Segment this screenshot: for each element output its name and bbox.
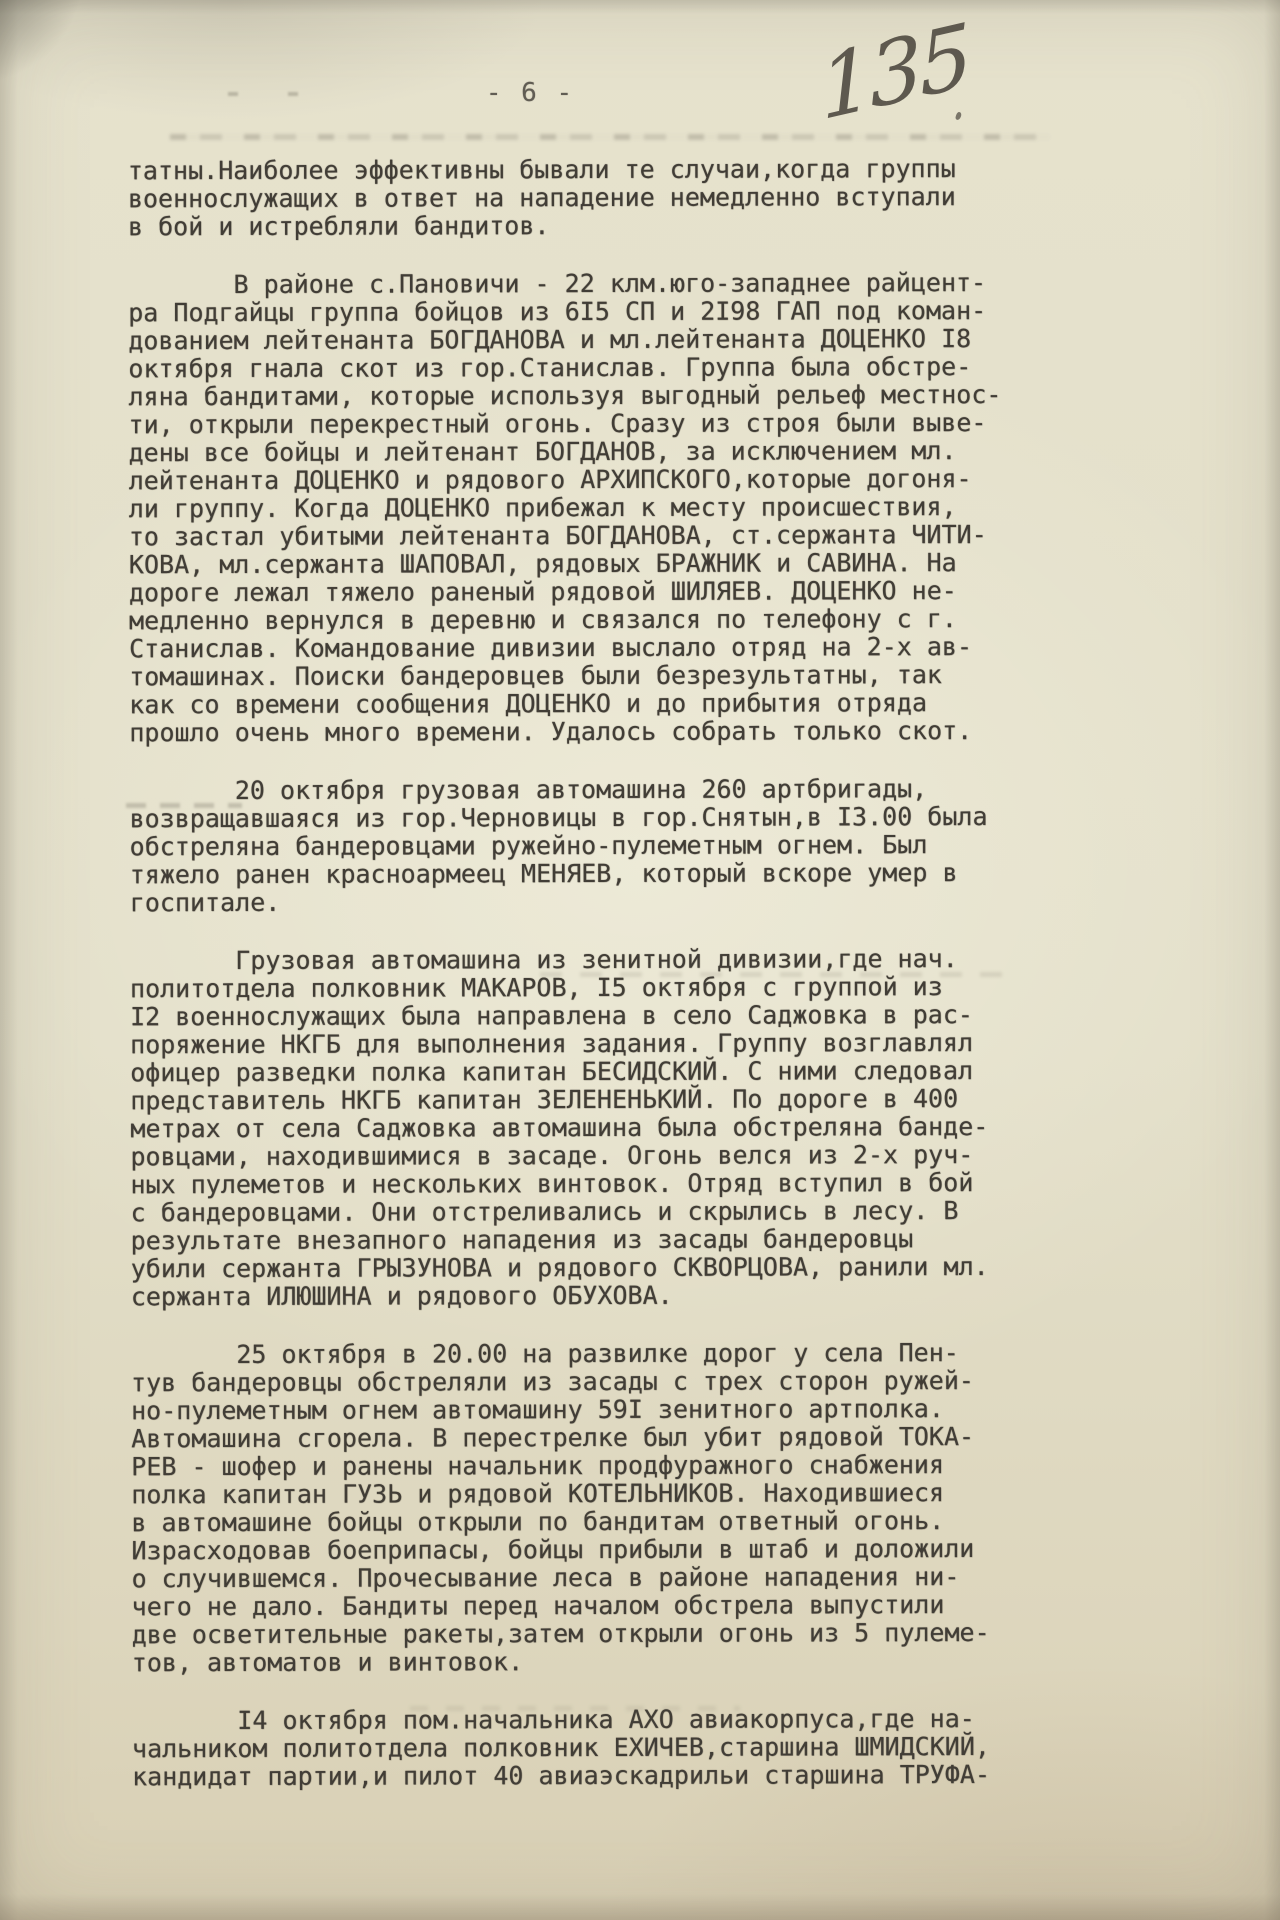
text-line: ляна бандитами, которые используя выгодн… [128,381,1068,411]
text-line: ли группу. Когда ДОЦЕНКО прибежал к мест… [129,493,1069,523]
text-line: Станислав. Командование дивизии выслало … [129,633,1069,663]
text-line: 20 октября грузовая автомашина 260 артбр… [129,775,1069,805]
paragraph: В районе с.Пановичи - 22 клм.юго-западне… [128,269,1069,747]
text-line: то застал убитыми лейтенанта БОГДАНОВА, … [129,521,1069,551]
ink-dot [955,111,962,120]
text-line: тув бандеровцы обстреляли из засады с тр… [131,1367,1071,1397]
text-line: ровцами, находившимися в засаде. Огонь в… [130,1141,1070,1171]
text-line: РЕВ - шофер и ранены начальник продфураж… [131,1451,1071,1481]
paragraph: 25 октября в 20.00 на развилке дорог у с… [131,1339,1072,1677]
text-line: В районе с.Пановичи - 22 клм.юго-западне… [128,269,1068,299]
text-line: ти, открыли перекрестный огонь. Сразу из… [128,409,1068,439]
text-line: Автомашина сгорела. В перестрелке был уб… [131,1423,1071,1453]
text-line: КОВА, мл.сержанта ШАПОВАЛ, рядовых БРАЖН… [129,549,1069,579]
text-line: прошло очень много времени. Удалось собр… [129,717,1069,747]
text-line: офицер разведки полка капитан БЕСИДСКИЙ.… [130,1057,1070,1087]
paragraph: 20 октября грузовая автомашина 260 артбр… [129,775,1069,917]
text-line: татны.Наиболее эффективны бывали те случ… [128,155,1068,185]
text-line: как со времени сообщения ДОЦЕНКО и до пр… [129,689,1069,719]
text-line: полка капитан ГУЗЬ и рядовой КОТЕЛЬНИКОВ… [131,1479,1071,1509]
text-line: представитель НКГБ капитан ЗЕЛЕНЕНЬКИЙ. … [130,1085,1070,1115]
text-line: госпитале. [130,887,1070,917]
scanned-document-page: - 6 - 135 татны.Наиболее эффективны быва… [0,0,1280,1920]
text-line: военнослужащих в ответ на нападение неме… [128,183,1068,213]
text-line: ных пулеметов и нескольких винтовок. Отр… [130,1169,1070,1199]
text-line: чальником политотдела полковник ЕХИЧЕВ,с… [132,1733,1072,1763]
text-line: но-пулеметным огнем автомашину 59I зенит… [131,1395,1071,1425]
text-line: в бой и истребляли бандитов. [128,211,1068,241]
paragraph: I4 октября пом.начальника АХО авиакорпус… [132,1705,1072,1791]
text-line: Грузовая автомашина из зенитной дивизии,… [130,945,1070,975]
text-line: с бандеровцами. Они отстреливались и скр… [131,1197,1071,1227]
text-line: в автомашине бойцы открыли по бандитам о… [131,1507,1071,1537]
text-line: обстреляна бандеровцами ружейно-пулеметн… [130,831,1070,861]
text-line: дороге лежал тяжело раненый рядовой ШИЛЯ… [129,577,1069,607]
text-line: сержанта ИЛЮШИНА и рядового ОБУХОВА. [131,1281,1071,1311]
text-line: о случившемся. Прочесывание леса в район… [132,1563,1072,1593]
text-line: I2 военнослужащих была направлена в село… [130,1001,1070,1031]
text-line: I4 октября пом.начальника АХО авиакорпус… [132,1705,1072,1735]
faded-typewriter-smudge [170,134,1050,140]
text-line: две осветительные ракеты,затем открыли о… [132,1619,1072,1649]
text-line: результате внезапного нападения из засад… [131,1225,1071,1255]
text-line: чего не дало. Бандиты перед началом обст… [132,1591,1072,1621]
text-line: дованием лейтенанта БОГДАНОВА и мл.лейте… [128,325,1068,355]
text-line: томашинах. Поиски бандеровцев были безре… [129,661,1069,691]
text-line: Израсходовав боеприпасы, бойцы прибыли в… [131,1535,1071,1565]
text-line: метрах от села Саджовка автомашина была … [130,1113,1070,1143]
text-line: кандидат партии,и пилот 40 авиаэскадриль… [132,1761,1072,1791]
document-body: татны.Наиболее эффективны бывали те случ… [128,155,1072,1821]
text-line: дены все бойцы и лейтенант БОГДАНОВ, за … [129,437,1069,467]
text-line: поряжение НКГБ для выполнения задания. Г… [130,1029,1070,1059]
text-line: ра Подгайцы группа бойцов из 6I5 СП и 2I… [128,297,1068,327]
text-line: политотдела полковник МАКАРОВ, I5 октябр… [130,973,1070,1003]
text-line: тов, автоматов и винтовок. [132,1647,1072,1677]
text-line: медленно вернулся в деревню и связался п… [129,605,1069,635]
text-line: 25 октября в 20.00 на развилке дорог у с… [131,1339,1071,1369]
handwritten-folio-number: 135 [817,12,971,133]
text-line: октября гнала скот из гор.Станислав. Гру… [128,353,1068,383]
paragraph: Грузовая автомашина из зенитной дивизии,… [130,945,1071,1311]
text-line: возвращавшаяся из гор.Черновицы в гор.Сн… [130,803,1070,833]
paragraph: татны.Наиболее эффективны бывали те случ… [128,155,1068,241]
text-line: тяжело ранен красноармеец МЕНЯЕВ, которы… [130,859,1070,889]
text-line: убили сержанта ГРЫЗУНОВА и рядового СКВО… [131,1253,1071,1283]
page-number: - 6 - [130,78,930,108]
text-line: лейтенанта ДОЦЕНКО и рядового АРХИПСКОГО… [129,465,1069,495]
